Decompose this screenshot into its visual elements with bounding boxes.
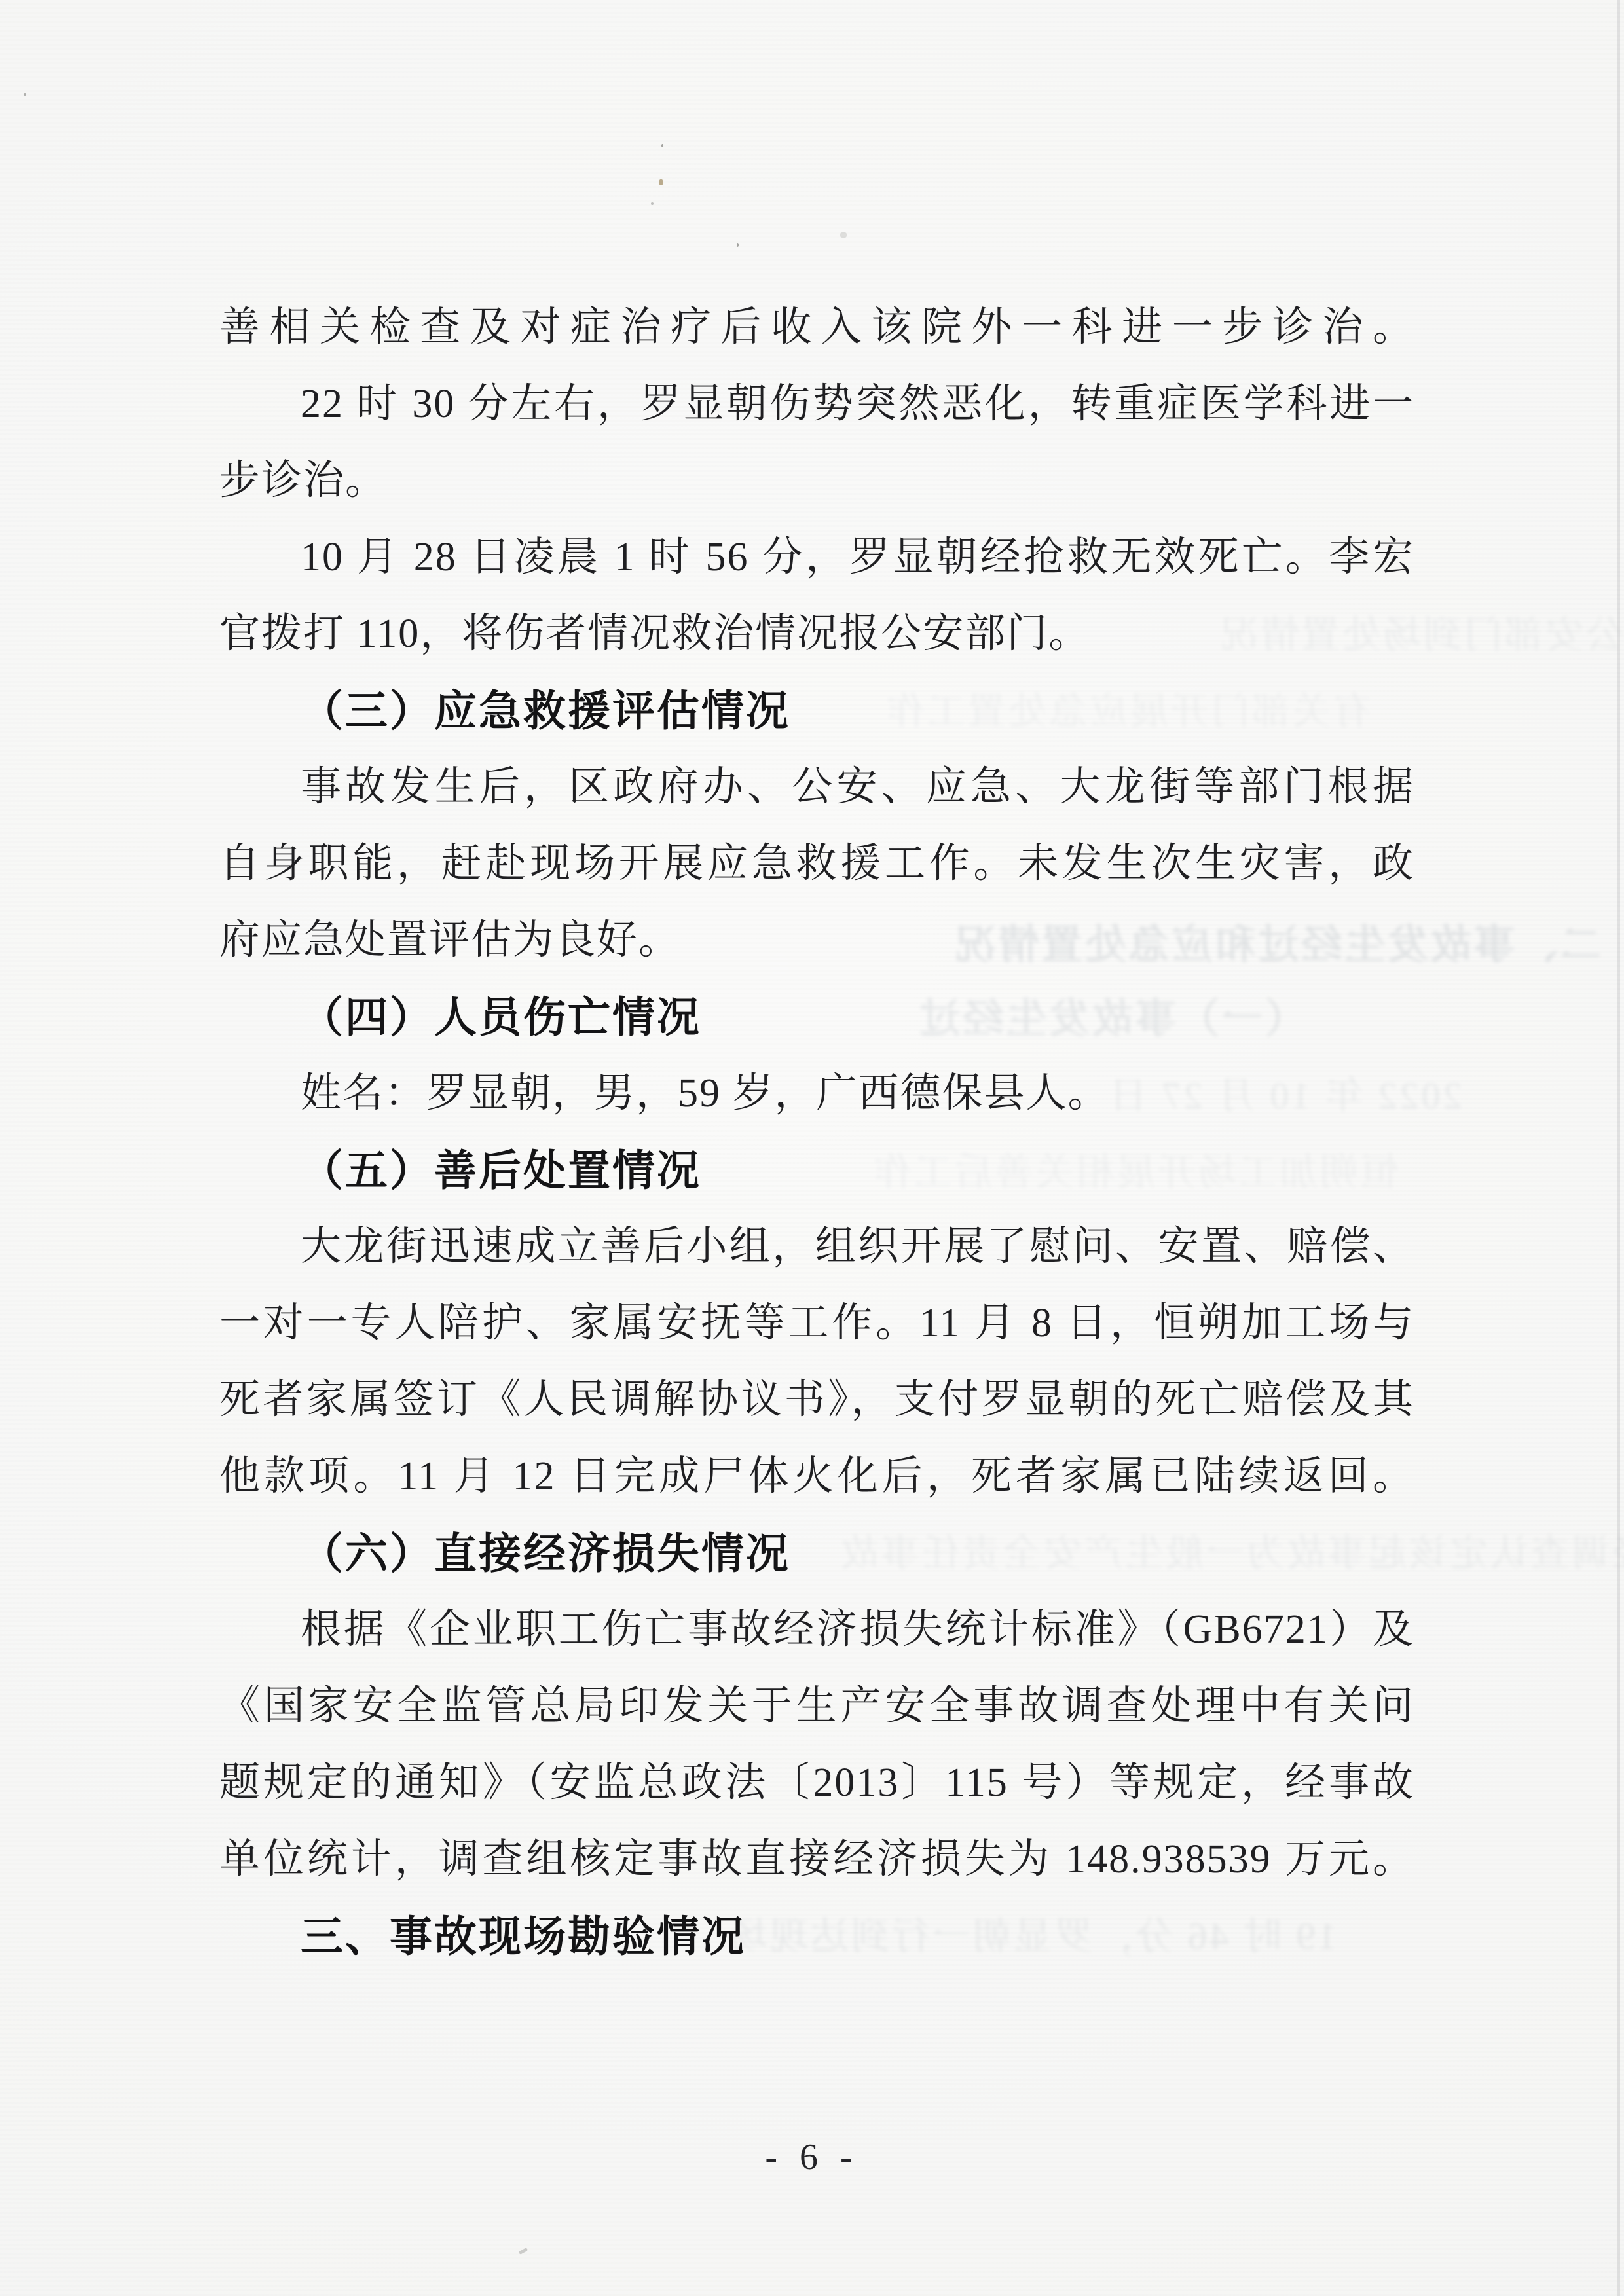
body-line: 10 月 28 日凌晨 1 时 56 分，罗显朝经抢救无效死亡。李宏 (219, 519, 1414, 596)
scanned-report-page: 公安部门到场处置情况 有关部门开展应急处置工作 二、事故发生经过和应急处置情况 … (0, 0, 1624, 2296)
scan-speck (24, 93, 26, 96)
section-heading: （三）应急救援评估情况 (219, 672, 1414, 749)
body-line: 题规定的通知》（安监总政法〔2013〕115 号）等规定，经事故 (219, 1745, 1414, 1821)
body-line: 事故发生后，区政府办、公安、应急、大龙街等部门根据 (219, 749, 1414, 826)
body-line: 大龙街迅速成立善后小组，组织开展了慰问、安置、赔偿、 (219, 1209, 1414, 1285)
body-line: 单位统计，调查组核定事故直接经济损失为 148.938539 万元。 (219, 1821, 1414, 1898)
section-heading: （四）人员伤亡情况 (219, 979, 1414, 1055)
section-heading: （五）善后处置情况 (219, 1132, 1414, 1209)
body-line: 死者家属签订《人民调解协议书》，支付罗显朝的死亡赔偿及其 (219, 1362, 1414, 1438)
body-line: 官拨打 110，将伤者情况救治情况报公安部门。 (219, 596, 1414, 672)
scan-speck (651, 202, 654, 205)
body-line: 姓名：罗显朝，男，59 岁，广西德保县人。 (219, 1055, 1414, 1132)
scan-speck (661, 144, 663, 147)
body-line: 他款项。11 月 12 日完成尸体火化后，死者家属已陆续返回。 (219, 1438, 1414, 1515)
body-line: 府应急处置评估为良好。 (219, 902, 1414, 979)
document-text-block: 善相关检查及对症治疗后收入该院外一科进一步诊治。 22 时 30 分左右，罗显朝… (219, 289, 1414, 1975)
body-line: 善相关检查及对症治疗后收入该院外一科进一步诊治。 (219, 289, 1414, 366)
body-line: 一对一专人陪护、家属安抚等工作。11 月 8 日，恒朔加工场与 (219, 1285, 1414, 1362)
page-number: - 6 - (0, 2121, 1624, 2193)
section-heading: （六）直接经济损失情况 (219, 1515, 1414, 1592)
body-line: 自身职能，赶赴现场开展应急救援工作。未发生次生灾害，政 (219, 826, 1414, 902)
scan-speck (519, 2248, 528, 2255)
scan-speck (840, 232, 847, 238)
chapter-heading: 三、事故现场勘验情况 (219, 1898, 1414, 1975)
body-line: 22 时 30 分左右，罗显朝伤势突然恶化，转重症医学科进一 (219, 366, 1414, 443)
scan-speck (737, 243, 739, 247)
body-line: 步诊治。 (219, 443, 1414, 519)
body-line: 《国家安全监管总局印发关于生产安全事故调查处理中有关问 (219, 1668, 1414, 1745)
scan-edge-shadow (1617, 0, 1620, 2296)
scan-speck (659, 179, 663, 185)
body-line: 根据《企业职工伤亡事故经济损失统计标准》（GB6721）及 (219, 1592, 1414, 1668)
